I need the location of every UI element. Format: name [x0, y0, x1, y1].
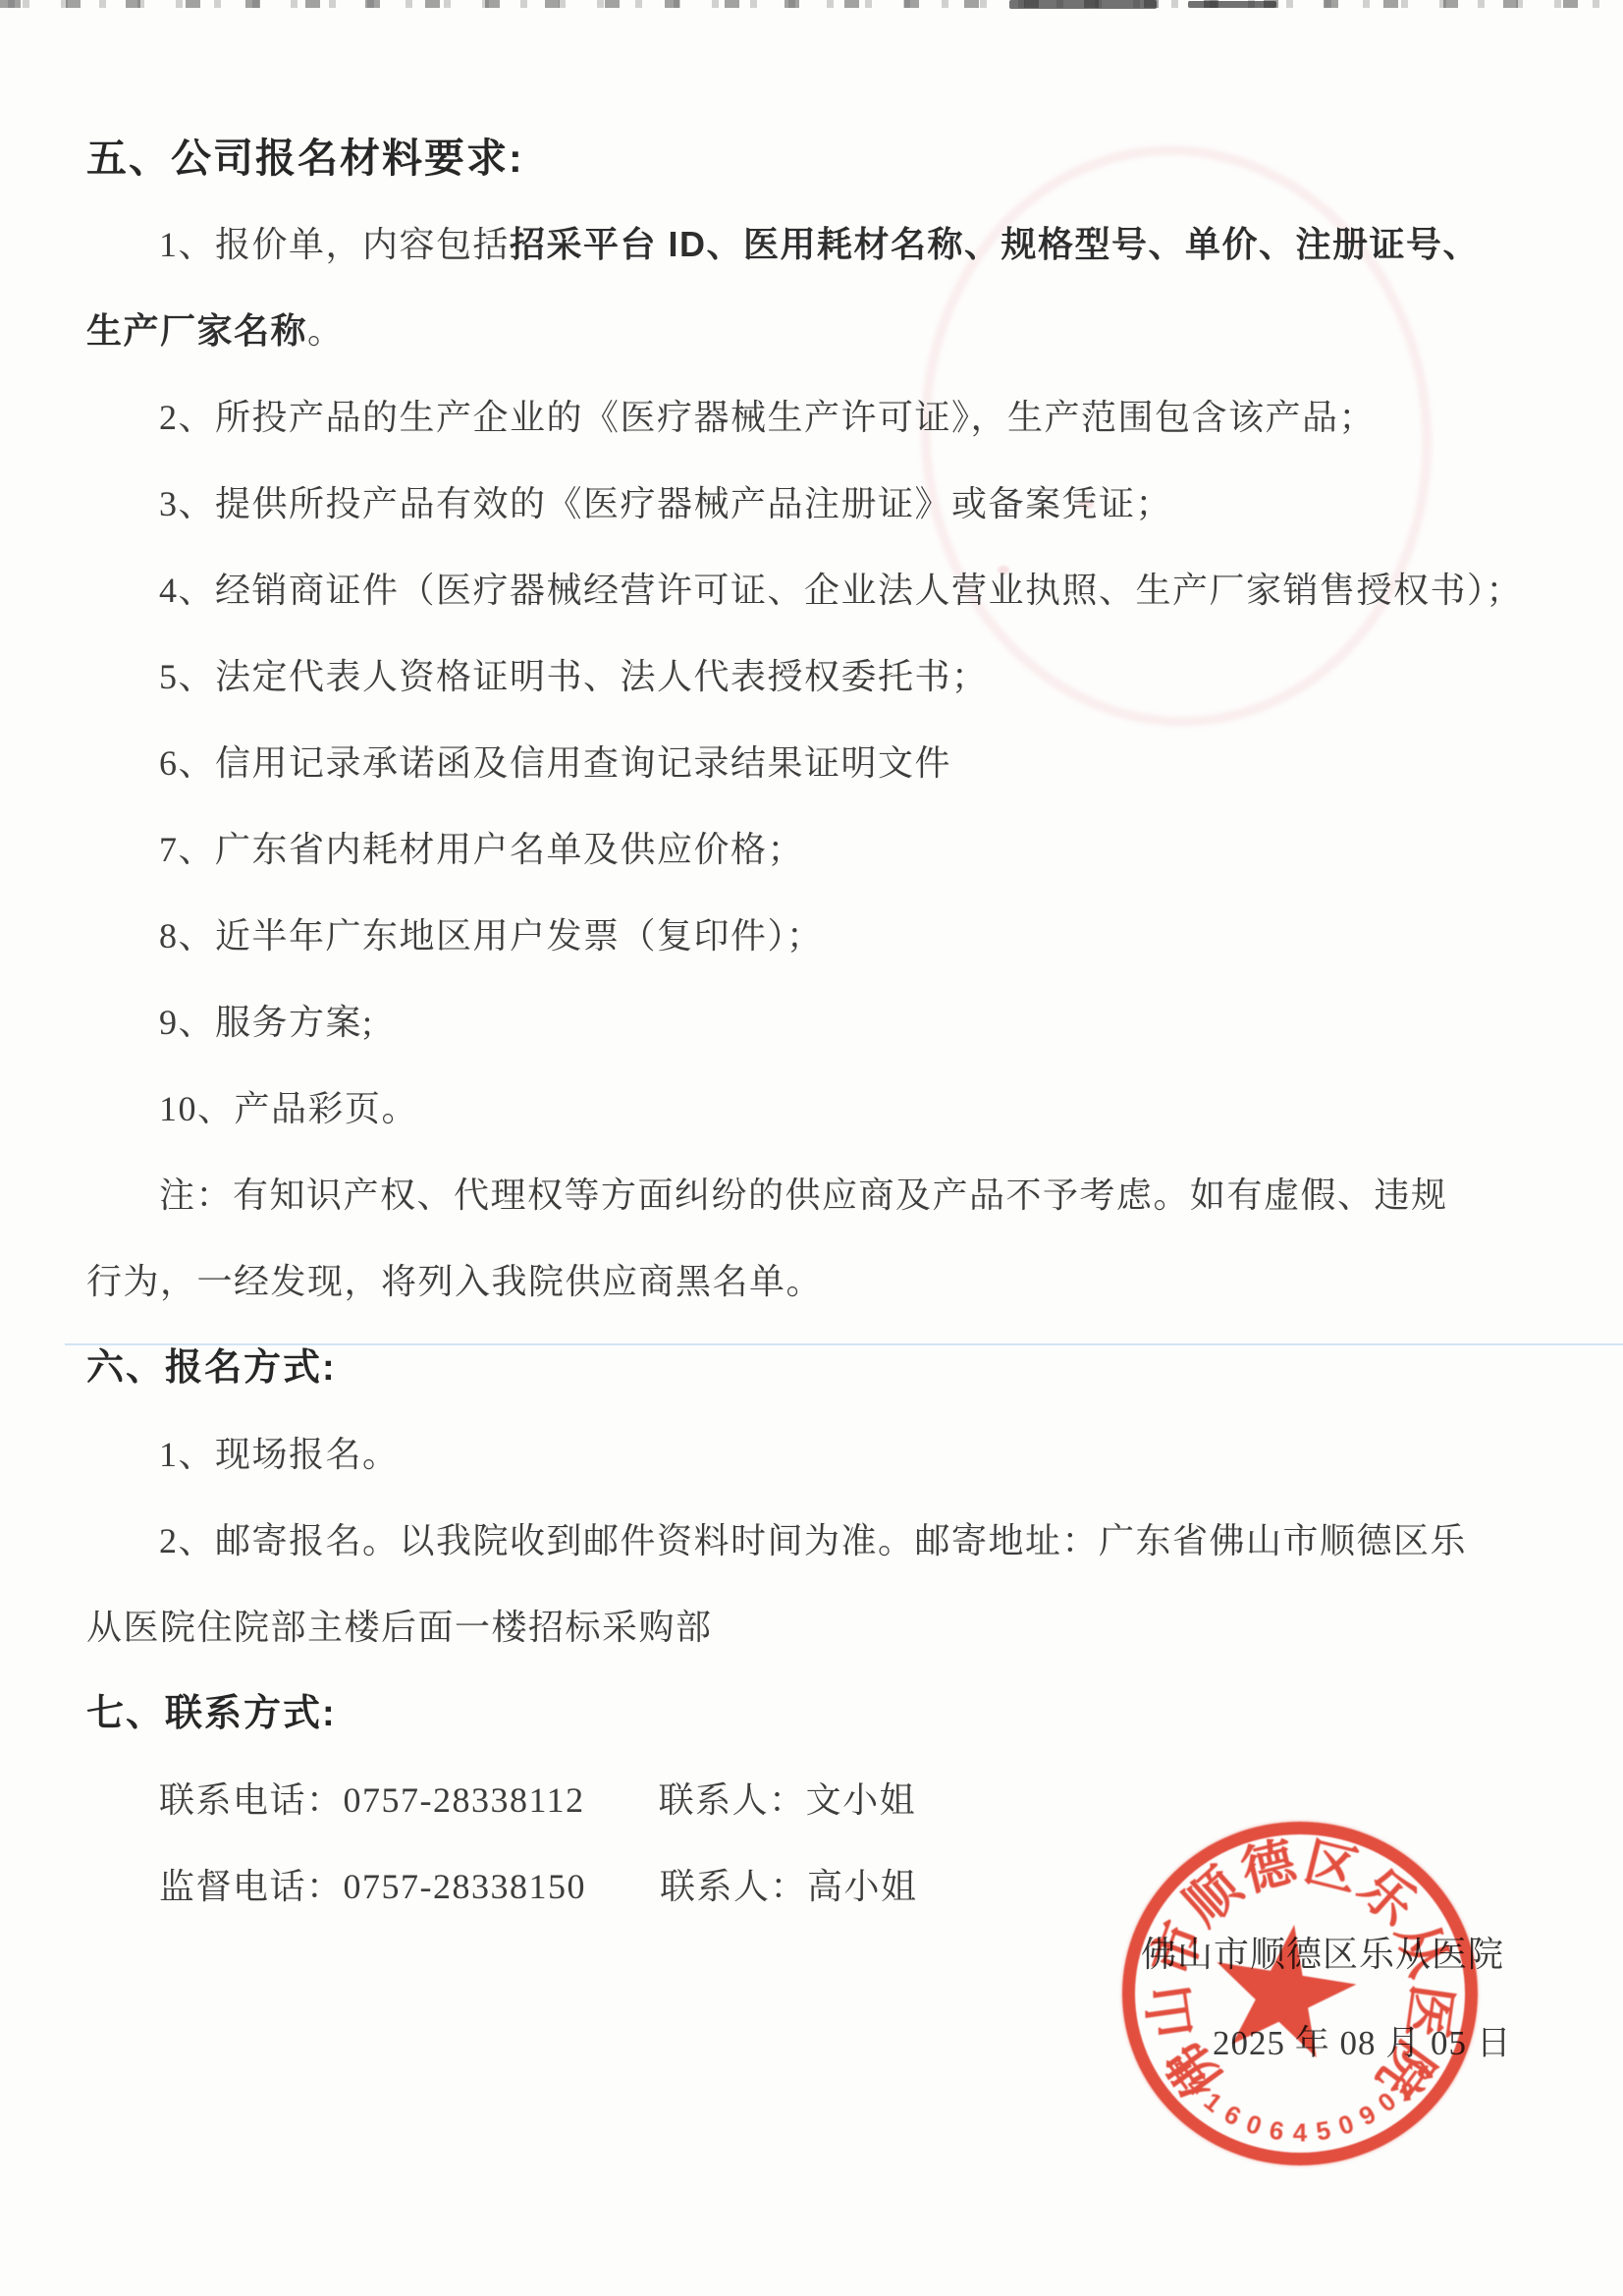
requirement-item-8: 8、近半年广东地区用户发票（复印件）； [86, 893, 1554, 979]
requirement-item-3: 3、提供所投产品有效的《医疗器械产品注册证》或备案凭证； [86, 461, 1554, 547]
requirement-item-2: 2、所投产品的生产企业的《医疗器械生产许可证》，生产范围包含该产品； [86, 374, 1554, 461]
note-line-2: 行为，一经发现，将列入我院供应商黑名单。 [86, 1238, 1554, 1325]
item-1-period: 。 [307, 311, 345, 351]
requirement-item-6: 6、信用记录承诺函及信用查询记录结果证明文件 [86, 720, 1554, 806]
requirement-item-1: 1、报价单，内容包括招采平台 ID、医用耗材名称、规格型号、单价、注册证号、 [86, 201, 1554, 288]
item-1-prefix: 1、报价单，内容包括 [159, 225, 510, 264]
note-line-1: 注：有知识产权、代理权等方面纠纷的供应商及产品不予考虑。如有虚假、违规 [86, 1152, 1554, 1238]
requirement-item-5: 5、法定代表人资格证明书、法人代表授权委托书； [86, 633, 1554, 720]
requirement-item-7: 7、广东省内耗材用户名单及供应价格； [86, 806, 1554, 893]
requirement-item-9: 9、服务方案; [86, 979, 1554, 1066]
official-stamp: 佛山市顺德区乐从医院 4416064509031 [1122, 1822, 1478, 2165]
registration-method-2: 2、邮寄报名。以我院收到邮件资料时间为准。邮寄地址：广东省佛山市顺德区乐 [86, 1498, 1554, 1584]
document-body: 五、公司报名材料要求: 1、报价单，内容包括招采平台 ID、医用耗材名称、规格型… [86, 0, 1554, 1930]
item-1-bold-fields: 招采平台 ID、医用耗材名称、规格型号、单价、注册证号、 [510, 224, 1480, 264]
section6-heading: 六、报名方式: [86, 1325, 1554, 1411]
registration-method-2-continuation: 从医院住院部主楼后面一楼招标采购部 [86, 1584, 1554, 1670]
requirement-item-1-continuation: 生产厂家名称。 [86, 288, 1554, 374]
requirement-item-4: 4、经销商证件（医疗器械经营许可证、企业法人营业执照、生产厂家销售授权书）； [86, 547, 1554, 633]
stamp-code-arc: 4416064509031 [1122, 1822, 1478, 2165]
requirement-item-10: 10、产品彩页。 [86, 1066, 1554, 1152]
registration-method-1: 1、现场报名。 [86, 1411, 1554, 1498]
section5-heading: 五、公司报名材料要求: [86, 115, 1554, 201]
scanned-document-page: 五、公司报名材料要求: 1、报价单，内容包括招采平台 ID、医用耗材名称、规格型… [0, 0, 1623, 2296]
section7-heading: 七、联系方式: [86, 1670, 1554, 1757]
item-1-bold-continuation: 生产厂家名称 [86, 310, 307, 351]
